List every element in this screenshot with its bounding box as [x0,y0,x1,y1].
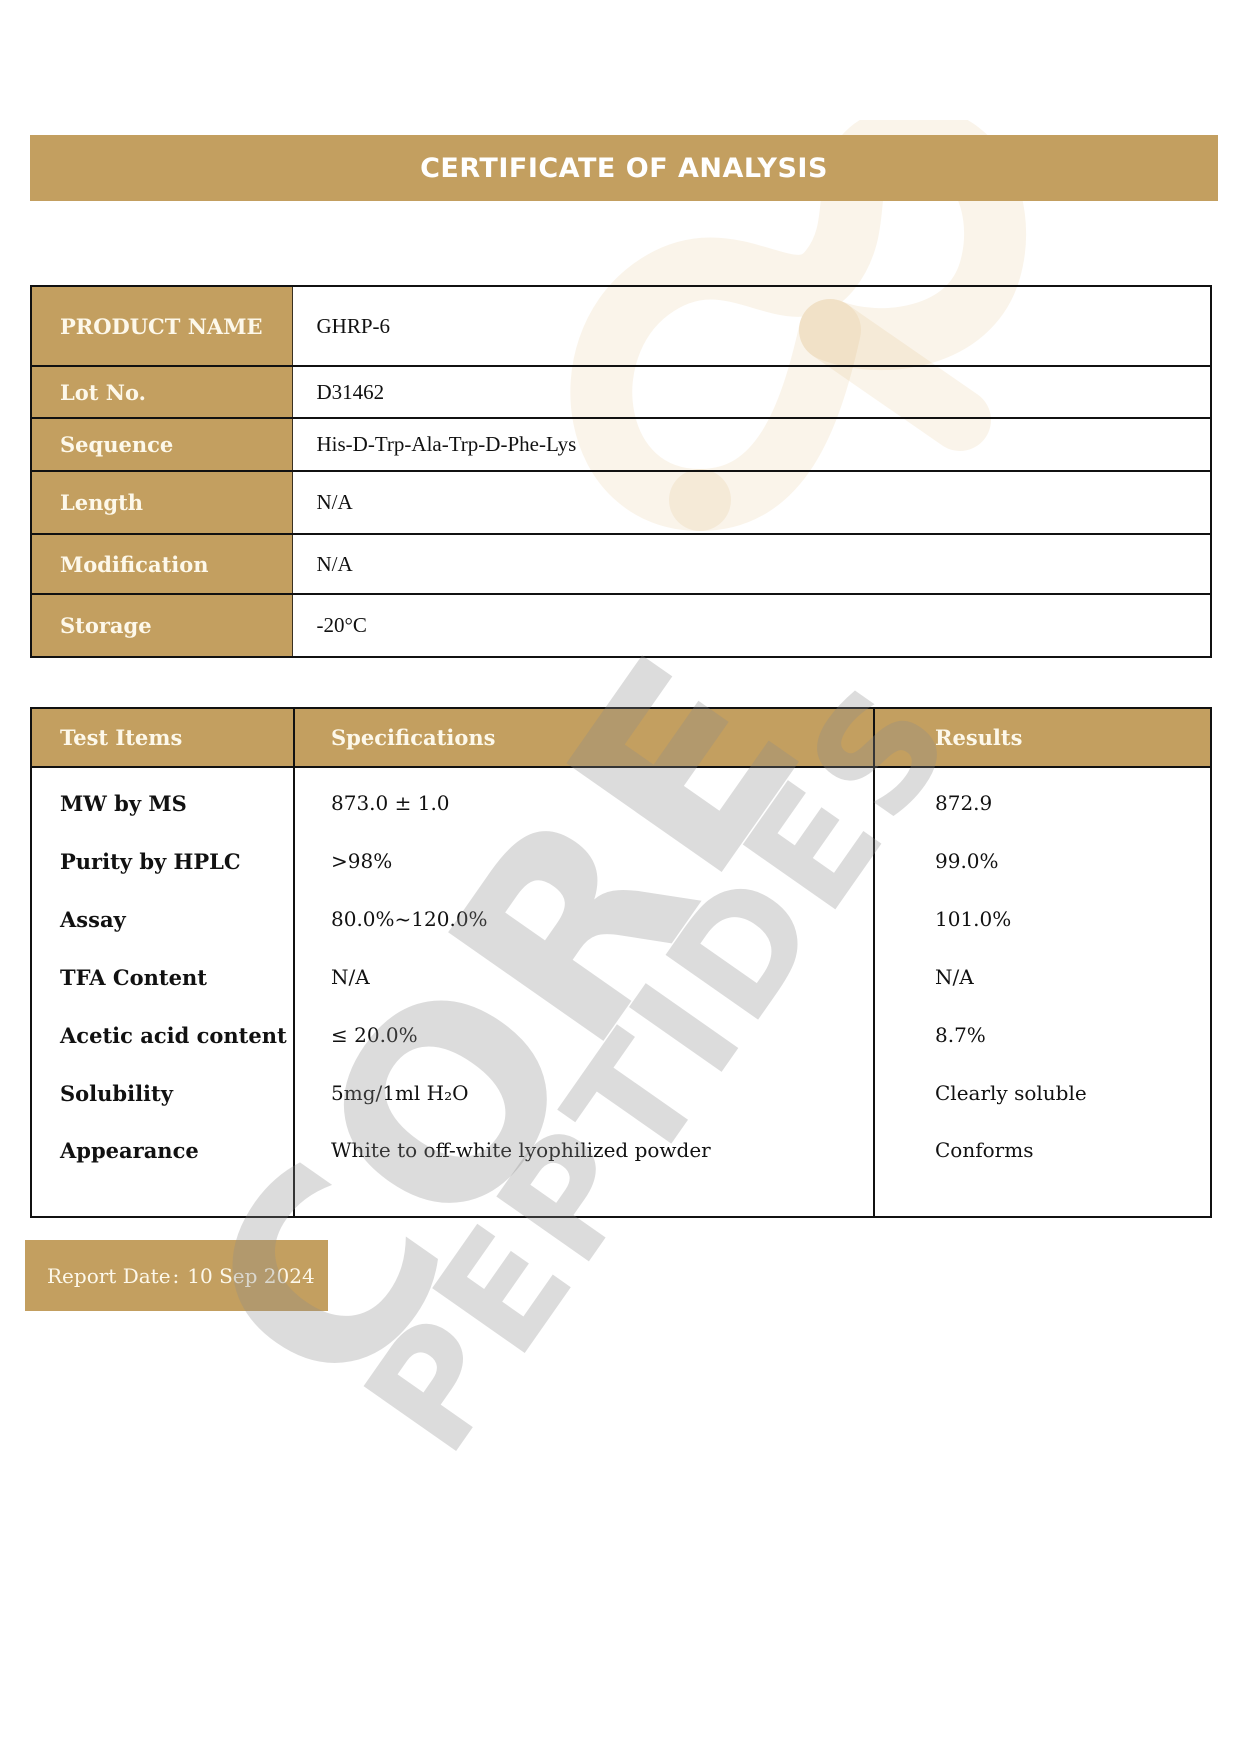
test-result: Clearly soluble [874,1064,1211,1122]
test-result: 8.7% [874,1006,1211,1064]
column-header-results: Results [874,708,1211,767]
report-date-separator: : [173,1264,180,1288]
sequence-value: His-D-Trp-Ala-Trp-D-Phe-Lys [292,418,1211,471]
modification-label: Modification [31,534,292,594]
lot-number-label: Lot No. [31,366,292,418]
table-row: Solubility 5mg/1ml H₂O Clearly soluble [31,1064,1211,1122]
report-date-box: Report Date : 10 Sep 2024 [25,1240,328,1311]
page-title: CERTIFICATE OF ANALYSIS [420,153,828,184]
table-row: Acetic acid content ≤ 20.0% 8.7% [31,1006,1211,1064]
test-item: Appearance [31,1122,294,1217]
test-specification: N/A [294,948,874,1006]
column-header-specifications: Specifications [294,708,874,767]
storage-row: Storage -20°C [31,594,1211,657]
test-result: 99.0% [874,832,1211,890]
table-row: Assay 80.0%~120.0% 101.0% [31,890,1211,948]
product-name-row: PRODUCT NAME GHRP-6 [31,286,1211,366]
product-name-value: GHRP-6 [292,286,1211,366]
test-table-header: Test Items Specifications Results [31,708,1211,767]
test-specification: 80.0%~120.0% [294,890,874,948]
test-item: MW by MS [31,767,294,832]
report-date-value: 10 Sep 2024 [187,1264,314,1288]
title-bar: CERTIFICATE OF ANALYSIS [30,135,1218,201]
lot-number-value: D31462 [292,366,1211,418]
modification-row: Modification N/A [31,534,1211,594]
test-item: Solubility [31,1064,294,1122]
test-specification: >98% [294,832,874,890]
sequence-label: Sequence [31,418,292,471]
test-result: 101.0% [874,890,1211,948]
table-row: TFA Content N/A N/A [31,948,1211,1006]
modification-value: N/A [292,534,1211,594]
report-date-label: Report Date [47,1264,171,1288]
lot-number-row: Lot No. D31462 [31,366,1211,418]
product-info-table: PRODUCT NAME GHRP-6 Lot No. D31462 Seque… [30,285,1212,658]
test-result: N/A [874,948,1211,1006]
test-specification: 5mg/1ml H₂O [294,1064,874,1122]
table-row: Purity by HPLC >98% 99.0% [31,832,1211,890]
length-value: N/A [292,471,1211,534]
test-item: Assay [31,890,294,948]
test-specification: 873.0 ± 1.0 [294,767,874,832]
test-specification: ≤ 20.0% [294,1006,874,1064]
test-item: Purity by HPLC [31,832,294,890]
test-result: 872.9 [874,767,1211,832]
test-specification: White to off-white lyophilized powder [294,1122,874,1217]
test-item: Acetic acid content [31,1006,294,1064]
storage-label: Storage [31,594,292,657]
sequence-row: Sequence His-D-Trp-Ala-Trp-D-Phe-Lys [31,418,1211,471]
test-results-table: Test Items Specifications Results MW by … [30,707,1212,1218]
storage-value: -20°C [292,594,1211,657]
table-row: MW by MS 873.0 ± 1.0 872.9 [31,767,1211,832]
length-row: Length N/A [31,471,1211,534]
column-header-test-items: Test Items [31,708,294,767]
table-row: Appearance White to off-white lyophilize… [31,1122,1211,1217]
test-item: TFA Content [31,948,294,1006]
product-name-label: PRODUCT NAME [31,286,292,366]
test-result: Conforms [874,1122,1211,1217]
length-label: Length [31,471,292,534]
